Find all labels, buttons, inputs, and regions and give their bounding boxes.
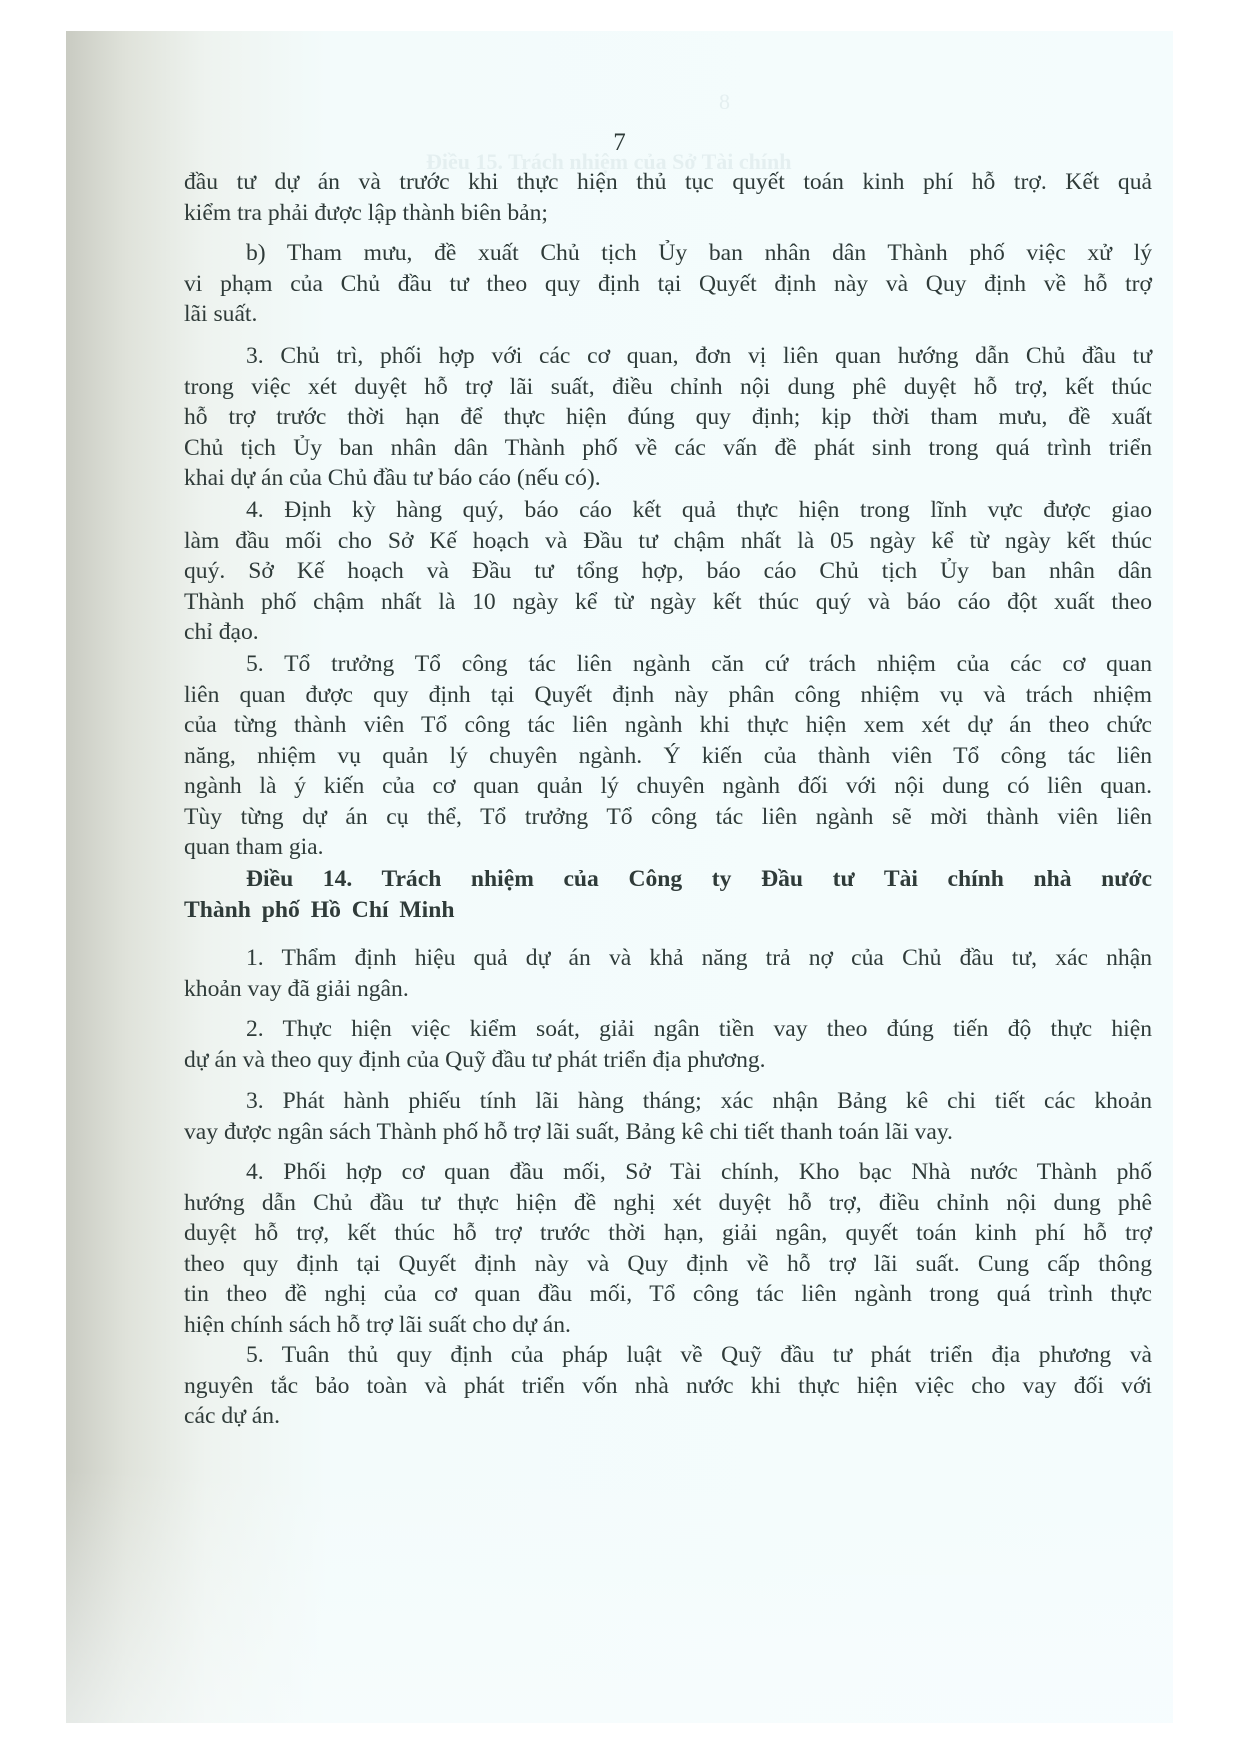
article-14-item-1: 1. Thẩm định hiệu quả dự án và khả năng … [184, 943, 1152, 1004]
text-line: theo quy định tại Quyết định này và Quy … [184, 1249, 1152, 1280]
article-14-item-3: 3. Phát hành phiếu tính lãi hàng tháng; … [184, 1086, 1152, 1147]
article-14-item-5: 5. Tuân thủ quy định của pháp luật về Qu… [184, 1340, 1152, 1432]
text-line: 1. Thẩm định hiệu quả dự án và khả năng … [184, 943, 1152, 974]
text-line: Thành phố chậm nhất là 10 ngày kể từ ngà… [184, 587, 1152, 618]
text-line: vay được ngân sách Thành phố hỗ trợ lãi … [184, 1117, 1152, 1148]
article-14-item-4: 4. Phối hợp cơ quan đầu mối, Sở Tài chín… [184, 1157, 1152, 1340]
text-line: của từng thành viên Tổ công tác liên ngà… [184, 710, 1152, 741]
text-line: b) Tham mưu, đề xuất Chủ tịch Ủy ban nhâ… [184, 238, 1152, 269]
text-line: 4. Phối hợp cơ quan đầu mối, Sở Tài chín… [184, 1157, 1152, 1188]
text-line: khai dự án của Chủ đầu tư báo cáo (nếu c… [184, 463, 1152, 494]
text-line: ngành là ý kiến của cơ quan quản lý chuy… [184, 771, 1152, 802]
text-line: quan tham gia. [184, 832, 1152, 863]
text-line: khoản vay đã giải ngân. [184, 974, 1152, 1005]
text-line: các dự án. [184, 1401, 1152, 1432]
text-line: 3. Chủ trì, phối hợp với các cơ quan, đơ… [184, 341, 1152, 372]
text-line: duyệt hỗ trợ, kết thúc hỗ trợ trước thời… [184, 1218, 1152, 1249]
text-line: 3. Phát hành phiếu tính lãi hàng tháng; … [184, 1086, 1152, 1117]
text-line: liên quan được quy định tại Quyết định n… [184, 680, 1152, 711]
page-content: 7 đầu tư dự án và trước khi thực hiện th… [66, 31, 1173, 1723]
text-line: tin theo đề nghị của cơ quan đầu mối, Tổ… [184, 1279, 1152, 1310]
heading-line: Thành phố Hồ Chí Minh [184, 895, 1152, 926]
text-line: hỗ trợ trước thời hạn để thực hiện đúng … [184, 402, 1152, 433]
text-line: Tùy từng dự án cụ thể, Tổ trưởng Tổ công… [184, 802, 1152, 833]
article-14-heading: Điều 14. Trách nhiệm của Công ty Đầu tư … [184, 864, 1152, 925]
paragraph-item-b: b) Tham mưu, đề xuất Chủ tịch Ủy ban nhâ… [184, 238, 1152, 330]
text-line: đầu tư dự án và trước khi thực hiện thủ … [184, 167, 1152, 198]
paragraph-continuation: đầu tư dự án và trước khi thực hiện thủ … [184, 167, 1152, 228]
text-line: hướng dẫn Chủ đầu tư thực hiện đề nghị x… [184, 1188, 1152, 1219]
text-line: lãi suất. [184, 299, 1152, 330]
scanned-page: 8 Điều 15. Trách nhiệm của Sở Tài chính … [66, 31, 1173, 1723]
text-line: hiện chính sách hỗ trợ lãi suất cho dự á… [184, 1310, 1152, 1341]
text-line: năng, nhiệm vụ quản lý chuyên ngành. Ý k… [184, 741, 1152, 772]
text-line: quý. Sở Kế hoạch và Đầu tư tổng hợp, báo… [184, 556, 1152, 587]
text-line: chỉ đạo. [184, 617, 1152, 648]
paragraph-item-5: 5. Tổ trưởng Tổ công tác liên ngành căn … [184, 649, 1152, 863]
article-14-item-2: 2. Thực hiện việc kiểm soát, giải ngân t… [184, 1014, 1152, 1075]
text-line: 5. Tổ trưởng Tổ công tác liên ngành căn … [184, 649, 1152, 680]
page-number: 7 [66, 128, 1173, 159]
text-line: 2. Thực hiện việc kiểm soát, giải ngân t… [184, 1014, 1152, 1045]
text-line: trong việc xét duyệt hỗ trợ lãi suất, đi… [184, 372, 1152, 403]
text-line: 4. Định kỳ hàng quý, báo cáo kết quả thự… [184, 495, 1152, 526]
text-line: 5. Tuân thủ quy định của pháp luật về Qu… [184, 1340, 1152, 1371]
text-line: vi phạm của Chủ đầu tư theo quy định tại… [184, 269, 1152, 300]
heading-line: Điều 14. Trách nhiệm của Công ty Đầu tư … [184, 864, 1152, 895]
paragraph-item-4: 4. Định kỳ hàng quý, báo cáo kết quả thự… [184, 495, 1152, 648]
text-line: kiểm tra phải được lập thành biên bản; [184, 198, 1152, 229]
text-line: làm đầu mối cho Sở Kế hoạch và Đầu tư ch… [184, 526, 1152, 557]
text-line: Chủ tịch Ủy ban nhân dân Thành phố về cá… [184, 433, 1152, 464]
text-line: nguyên tắc bảo toàn và phát triển vốn nh… [184, 1371, 1152, 1402]
text-line: dự án và theo quy định của Quỹ đầu tư ph… [184, 1045, 1152, 1076]
paragraph-item-3: 3. Chủ trì, phối hợp với các cơ quan, đơ… [184, 341, 1152, 494]
